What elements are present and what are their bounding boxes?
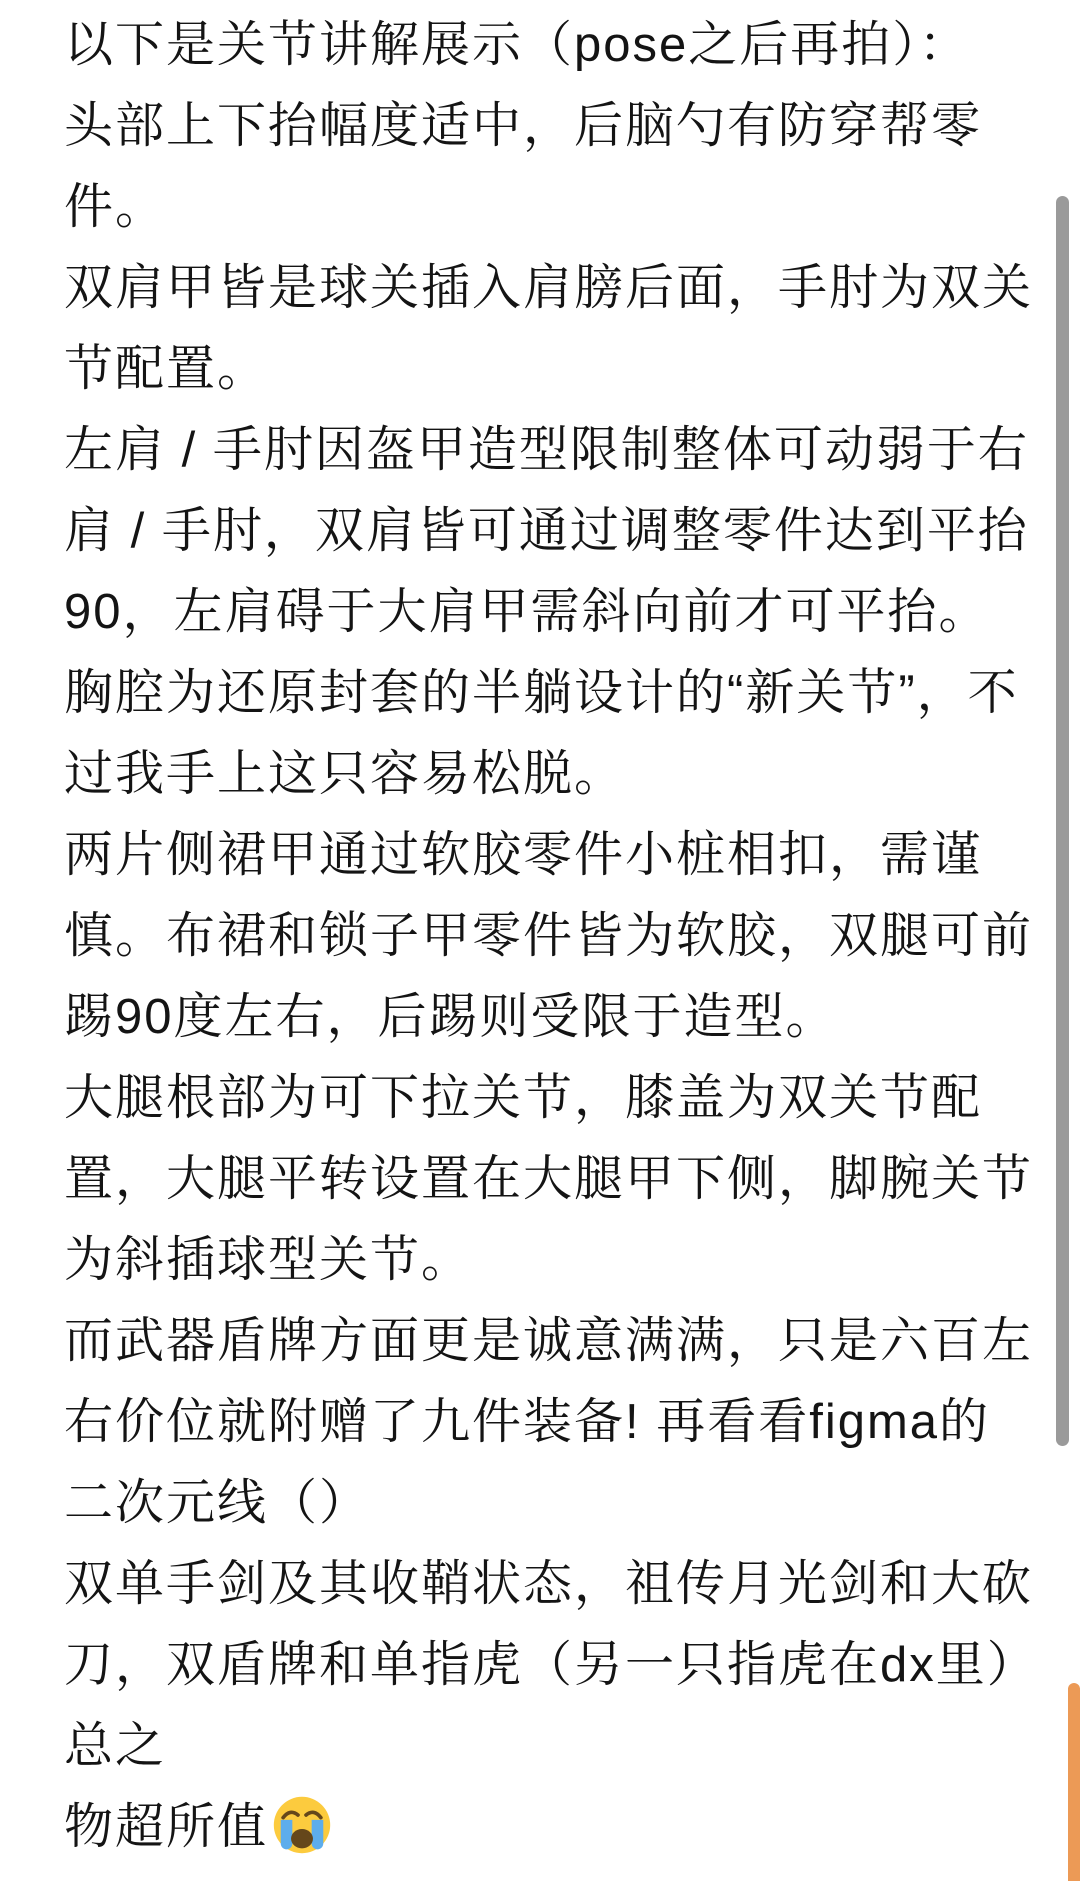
text-line-label: 物超所值 bbox=[64, 1800, 268, 1854]
text-line: 双单手剑及其收鞘状态，祖传月光剑和大砍 bbox=[64, 1544, 1054, 1625]
text-line: 胸腔为还原封套的半躺设计的“新关节”，不 bbox=[64, 653, 1054, 734]
text-line: 踢90度左右，后踢则受限于造型。 bbox=[64, 977, 1054, 1058]
text-line: 件。 bbox=[64, 167, 1054, 248]
text-line: 物超所值 bbox=[64, 1787, 1054, 1868]
text-line: 大腿根部为可下拉关节，膝盖为双关节配 bbox=[64, 1058, 1054, 1139]
text-line: 而武器盾牌方面更是诚意满满，只是六百左 bbox=[64, 1301, 1054, 1382]
page-scroll-indicator[interactable] bbox=[1068, 1683, 1080, 1881]
text-line: 90，左肩碍于大肩甲需斜向前才可平抬。 bbox=[64, 572, 1054, 653]
text-line: 过我手上这只容易松脱。 bbox=[64, 734, 1054, 815]
text-line: 置，大腿平转设置在大腿甲下侧，脚腕关节 bbox=[64, 1139, 1054, 1220]
text-line: 左肩 / 手肘因盔甲造型限制整体可动弱于右 bbox=[64, 410, 1054, 491]
text-line: 为斜插球型关节。 bbox=[64, 1220, 1054, 1301]
text-line: 慎。布裙和锁子甲零件皆为软胶，双腿可前 bbox=[64, 896, 1054, 977]
text-line: 二次元线（） bbox=[64, 1463, 1054, 1544]
post-page: { "page": { "background_color": "#ffffff… bbox=[0, 0, 1080, 1881]
text-line: 肩 / 手肘，双肩皆可通过调整零件达到平抬 bbox=[64, 491, 1054, 572]
text-line: 总之 bbox=[64, 1706, 1054, 1787]
text-line: 双肩甲皆是球关插入肩膀后面，手肘为双关 bbox=[64, 248, 1054, 329]
text-line: 右价位就附赠了九件装备! 再看看figma的 bbox=[64, 1382, 1054, 1463]
text-line: 以下是关节讲解展示（pose之后再拍）： bbox=[64, 5, 1054, 86]
text-line: 刀，双盾牌和单指虎（另一只指虎在dx里） bbox=[64, 1625, 1054, 1706]
loudly-crying-face-emoji bbox=[273, 1796, 331, 1854]
text-line: 节配置。 bbox=[64, 329, 1054, 410]
text-line: 两片侧裙甲通过软胶零件小桩相扣，需谨 bbox=[64, 815, 1054, 896]
text-line: 头部上下抬幅度适中，后脑勺有防穿帮零 bbox=[64, 86, 1054, 167]
content-scrollbar-thumb[interactable] bbox=[1056, 196, 1069, 1446]
post-body-text: 以下是关节讲解展示（pose之后再拍）： 头部上下抬幅度适中，后脑勺有防穿帮零 … bbox=[64, 5, 1054, 1868]
